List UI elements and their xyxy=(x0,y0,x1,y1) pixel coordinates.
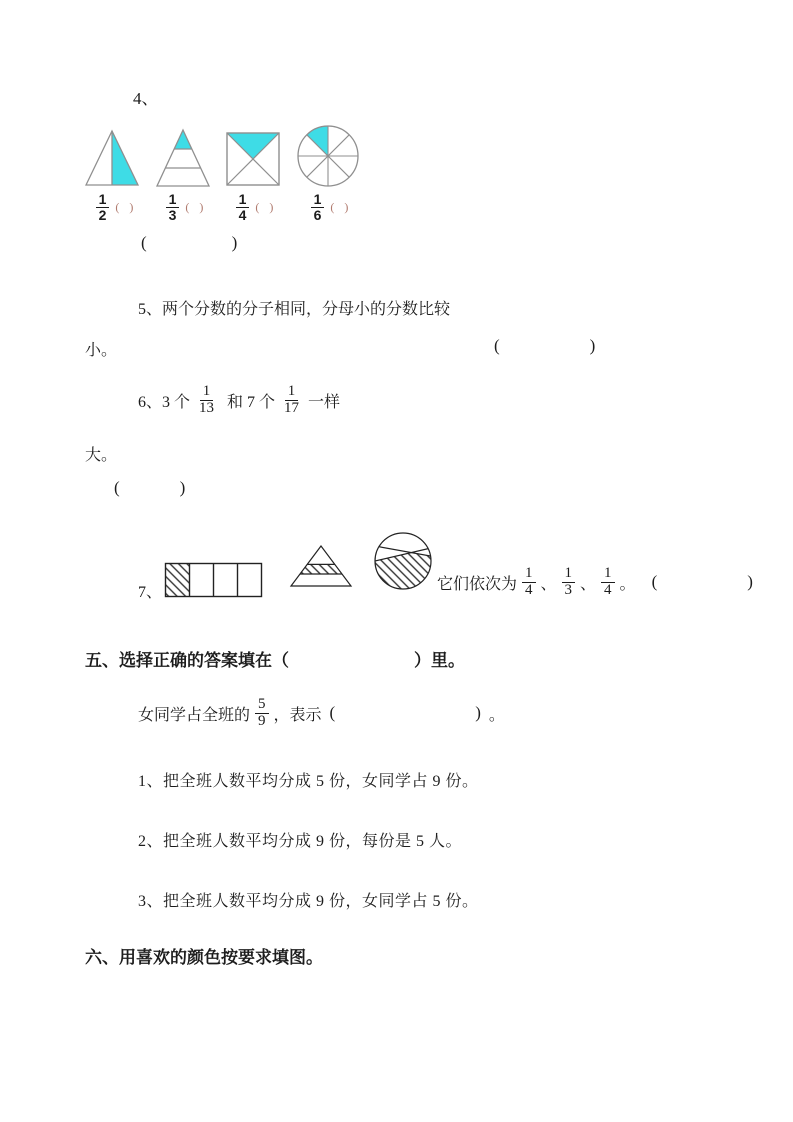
paren-close: ) xyxy=(232,233,238,253)
fraction-denominator: 2 xyxy=(98,208,108,223)
fraction-1-4b: 14 xyxy=(601,566,615,599)
q6-suffix: 一样 xyxy=(308,389,340,412)
fraction-denominator: 4 xyxy=(238,208,248,223)
q6-text-line2: 大。 xyxy=(85,442,117,465)
fraction-1-4: 14 xyxy=(522,566,536,599)
fraction-denominator: 13 xyxy=(198,401,215,417)
answer-blank-small: () xyxy=(255,200,273,215)
fraction-numerator: 1 xyxy=(200,384,214,401)
fraction-numerator: 1 xyxy=(522,566,536,583)
fraction-1-3: 13 xyxy=(562,566,576,599)
fraction-numerator: 1 xyxy=(96,192,110,208)
q7-label: 7、 xyxy=(138,579,162,602)
fraction-denominator: 9 xyxy=(257,714,267,730)
fraction-numerator: 1 xyxy=(285,384,299,401)
q4-frac-3: 14 () xyxy=(233,192,274,222)
fraction-denominator: 4 xyxy=(524,583,534,599)
question-mid: ，表示 xyxy=(274,702,322,725)
question-prefix: 女同学占全班的 xyxy=(138,702,250,725)
section5-question: 女同学占全班的 59 ，表示 () 。 xyxy=(138,697,505,730)
q5-text-line2: 小。 xyxy=(85,337,117,360)
q7-answer-blank: () xyxy=(652,572,753,592)
q4-label: 4、 xyxy=(133,84,159,109)
period: 。 xyxy=(620,571,636,594)
q5-text-line1: 5、两个分数的分子相同，分母小的分数比较 xyxy=(138,296,450,319)
q4-answer-blank: () xyxy=(141,233,237,253)
q4-item-4: 16 () xyxy=(295,124,361,222)
q6-text-line1: 6、3 个 113 和 7 个 117 一样 xyxy=(138,384,340,417)
fraction-1-17: 117 xyxy=(283,384,300,417)
fraction-denominator: 3 xyxy=(168,208,178,223)
question-end: 。 xyxy=(489,702,505,725)
fraction-denominator: 17 xyxy=(283,401,300,417)
paren-open: （ xyxy=(272,646,289,671)
paren-close: ) xyxy=(180,478,186,498)
q4-shapes-row: 12 () 13 () xyxy=(85,124,361,222)
fraction-numerator: 1 xyxy=(311,192,325,208)
paren-close: ) xyxy=(747,572,753,592)
answer-blank-small: () xyxy=(330,200,348,215)
triangle-half-shaded-icon xyxy=(85,128,141,188)
fraction-denominator: 6 xyxy=(313,208,323,223)
circle-sector-shaded-icon xyxy=(295,124,361,188)
rectangle-quarter-hatched-icon xyxy=(164,562,264,599)
answer-blank-small: () xyxy=(185,200,203,215)
q4-item-1: 12 () xyxy=(85,128,141,222)
q6-prefix: 6、3 个 xyxy=(138,389,190,412)
paren-close: ) xyxy=(344,200,348,215)
paren-close: ）里。 xyxy=(414,646,465,671)
paren-close: ) xyxy=(199,200,203,215)
section5-option-3: 3、把全班人数平均分成 9 份，女同学占 5 份。 xyxy=(138,888,479,911)
q4-item-3: 14 () xyxy=(225,130,281,222)
triangle-band-hatched-icon xyxy=(285,543,357,589)
fraction-numerator: 1 xyxy=(166,192,180,208)
q4-frac-1: 12 () xyxy=(93,192,134,222)
fraction-numerator: 1 xyxy=(562,566,576,583)
section5-heading: 五、选择正确的答案填在 （ ）里。 xyxy=(85,646,465,671)
heading-text: 五、选择正确的答案填在 xyxy=(85,646,272,671)
q7-text-line: 它们依次为 14 、 13 、 14 。 () xyxy=(437,566,753,599)
paren-close: ) xyxy=(590,336,596,356)
section5-option-2: 2、把全班人数平均分成 9 份，每份是 5 人。 xyxy=(138,828,462,851)
fraction-denominator: 3 xyxy=(564,583,574,599)
q5-answer-blank: () xyxy=(494,336,595,356)
triangle-third-shaded-icon xyxy=(155,128,211,188)
q6-middle: 和 7 个 xyxy=(227,389,275,412)
section5-answer-blank: () xyxy=(330,703,481,723)
paren-close: ) xyxy=(269,200,273,215)
square-quarter-shaded-icon xyxy=(225,130,281,188)
paren-close: ) xyxy=(129,200,133,215)
section6-heading: 六、用喜欢的颜色按要求填图。 xyxy=(85,943,323,968)
fraction-numerator: 5 xyxy=(255,697,269,714)
q4-item-2: 13 () xyxy=(155,128,211,222)
circle-segment-hatched-icon xyxy=(373,531,435,593)
fraction-numerator: 1 xyxy=(601,566,615,583)
fraction-denominator: 4 xyxy=(603,583,613,599)
paren-close: ) xyxy=(475,703,481,723)
separator: 、 xyxy=(580,571,596,594)
separator: 、 xyxy=(541,571,557,594)
answer-blank-small: () xyxy=(115,200,133,215)
fraction-numerator: 1 xyxy=(236,192,250,208)
fraction-1-13: 113 xyxy=(198,384,215,417)
q4-frac-2: 13 () xyxy=(163,192,204,222)
worksheet-page: 4、 12 () 13 () xyxy=(0,0,793,1122)
q4-frac-4: 16 () xyxy=(308,192,349,222)
section5-option-1: 1、把全班人数平均分成 5 份，女同学占 9 份。 xyxy=(138,768,479,791)
q7-lead: 它们依次为 xyxy=(437,571,517,594)
q6-answer-blank: () xyxy=(114,478,185,498)
fraction-5-9: 59 xyxy=(255,697,269,730)
